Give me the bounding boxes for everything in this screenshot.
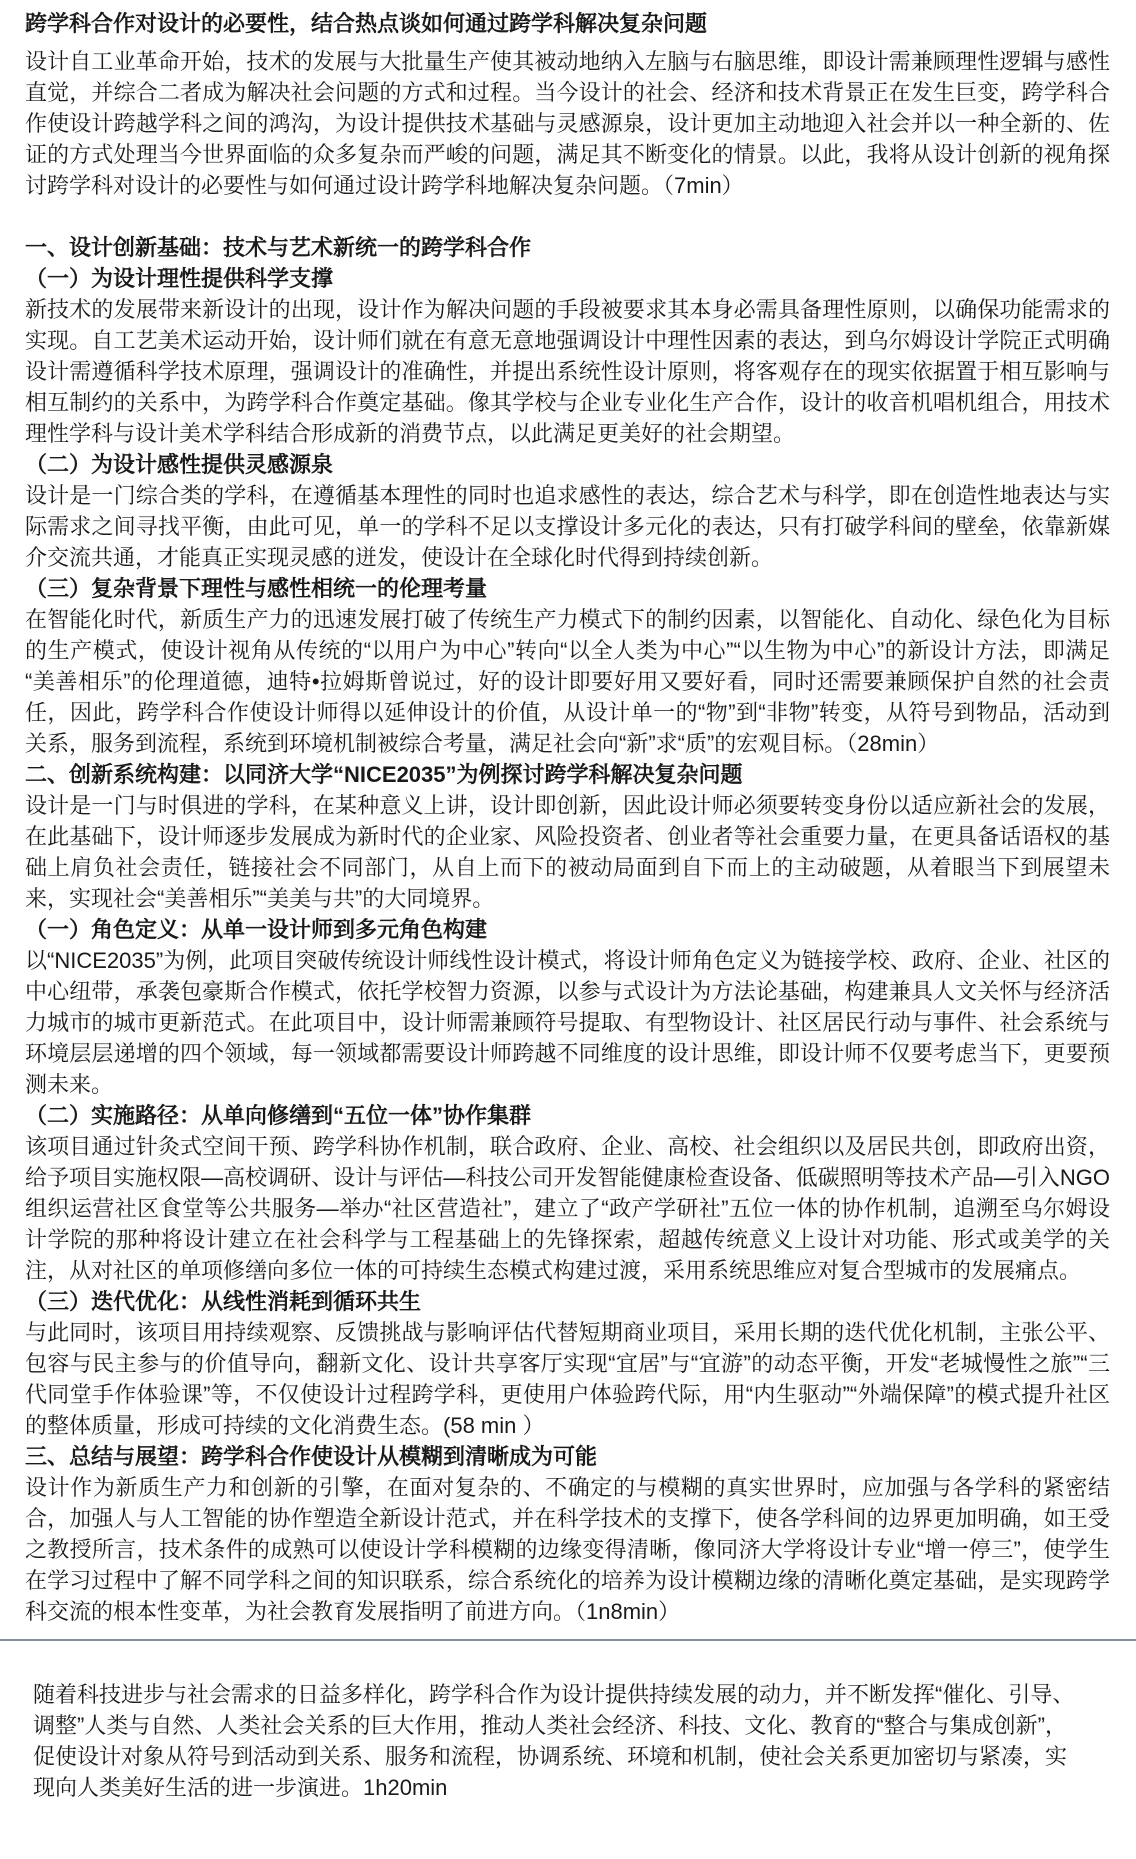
section-1-heading: 一、设计创新基础：技术与艺术新统一的跨学科合作 xyxy=(25,232,1110,263)
subsection-1-1-heading: （一）为设计理性提供科学支撑 xyxy=(25,263,1110,294)
subsection-1-1-paragraph: 新技术的发展带来新设计的出现，设计作为解决问题的手段被要求其本身必需具备理性原则… xyxy=(25,294,1110,449)
subsection-2-2-heading: （二）实施路径：从单向修缮到“五位一体”协作集群 xyxy=(25,1100,1110,1131)
subsection-1-3-paragraph: 在智能化时代，新质生产力的迅速发展打破了传统生产力模式下的制约因素，以智能化、自… xyxy=(25,604,1110,759)
subsection-2-3-heading: （三）迭代优化：从线性消耗到循环共生 xyxy=(25,1286,1110,1317)
subsection-1-2-paragraph: 设计是一门综合类的学科，在遵循基本理性的同时也追求感性的表达，综合艺术与科学，即… xyxy=(25,480,1110,573)
subsection-2-2-paragraph: 该项目通过针灸式空间干预、跨学科协作机制，联合政府、企业、高校、社会组织以及居民… xyxy=(25,1131,1110,1286)
section-3-paragraph: 设计作为新质生产力和创新的引擎，在面对复杂的、不确定的与模糊的真实世界时，应加强… xyxy=(25,1472,1110,1627)
subsection-2-3-paragraph: 与此同时，该项目用持续观察、反馈挑战与影响评估代替短期商业项目，采用长期的迭代优… xyxy=(25,1317,1110,1441)
document-body: 跨学科合作对设计的必要性，结合热点谈如何通过跨学科解决复杂问题 设计自工业革命开… xyxy=(0,0,1136,1627)
section-3-heading: 三、总结与展望：跨学科合作使设计从模糊到清晰成为可能 xyxy=(25,1441,1110,1472)
section-divider xyxy=(0,1639,1136,1641)
section-2-heading: 二、创新系统构建：以同济大学“NICE2035”为例探讨跨学科解决复杂问题 xyxy=(25,759,1110,790)
blank-line xyxy=(25,201,1110,232)
footer-paragraph: 随着科技进步与社会需求的日益多样化，跨学科合作为设计提供持续发展的动力，并不断发… xyxy=(0,1679,1136,1803)
section-2-intro-paragraph: 设计是一门与时俱进的学科，在某种意义上讲，设计即创新，因此设计师必须要转变身份以… xyxy=(25,790,1110,914)
document-page: 跨学科合作对设计的必要性，结合热点谈如何通过跨学科解决复杂问题 设计自工业革命开… xyxy=(0,0,1136,1859)
intro-paragraph: 设计自工业革命开始，技术的发展与大批量生产使其被动地纳入左脑与右脑思维，即设计需… xyxy=(25,46,1110,201)
subsection-1-3-heading: （三）复杂背景下理性与感性相统一的伦理考量 xyxy=(25,573,1110,604)
subsection-2-1-heading: （一）角色定义：从单一设计师到多元角色构建 xyxy=(25,914,1110,945)
subsection-1-2-heading: （二）为设计感性提供灵感源泉 xyxy=(25,449,1110,480)
document-title: 跨学科合作对设计的必要性，结合热点谈如何通过跨学科解决复杂问题 xyxy=(25,8,1110,39)
subsection-2-1-paragraph: 以“NICE2035”为例，此项目突破传统设计师线性设计模式，将设计师角色定义为… xyxy=(25,945,1110,1100)
